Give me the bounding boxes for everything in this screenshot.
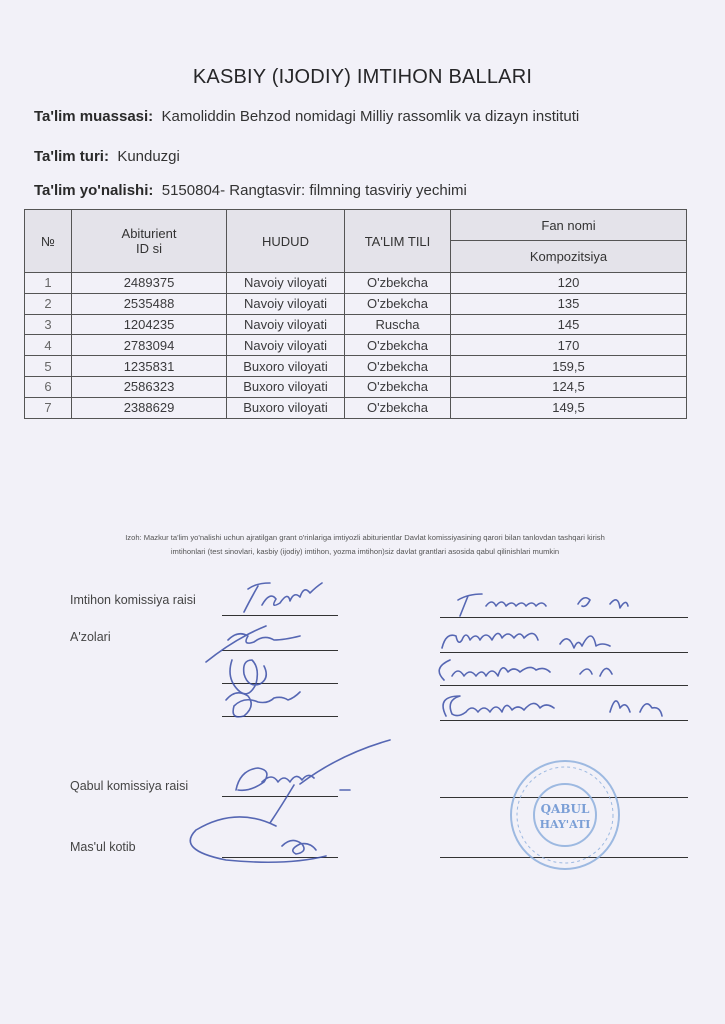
name-member-2	[439, 660, 612, 680]
signature-exam-chair	[244, 583, 322, 612]
signature-secretary	[190, 817, 326, 862]
signature-member-2	[230, 660, 266, 694]
handwritten-signatures	[0, 0, 725, 1024]
signature-member-1	[206, 626, 300, 662]
name-member-1	[442, 633, 610, 648]
signature-member-3	[226, 692, 300, 717]
name-chair	[458, 594, 628, 616]
name-member-3	[443, 696, 662, 716]
signature-admission-chair	[236, 740, 390, 823]
